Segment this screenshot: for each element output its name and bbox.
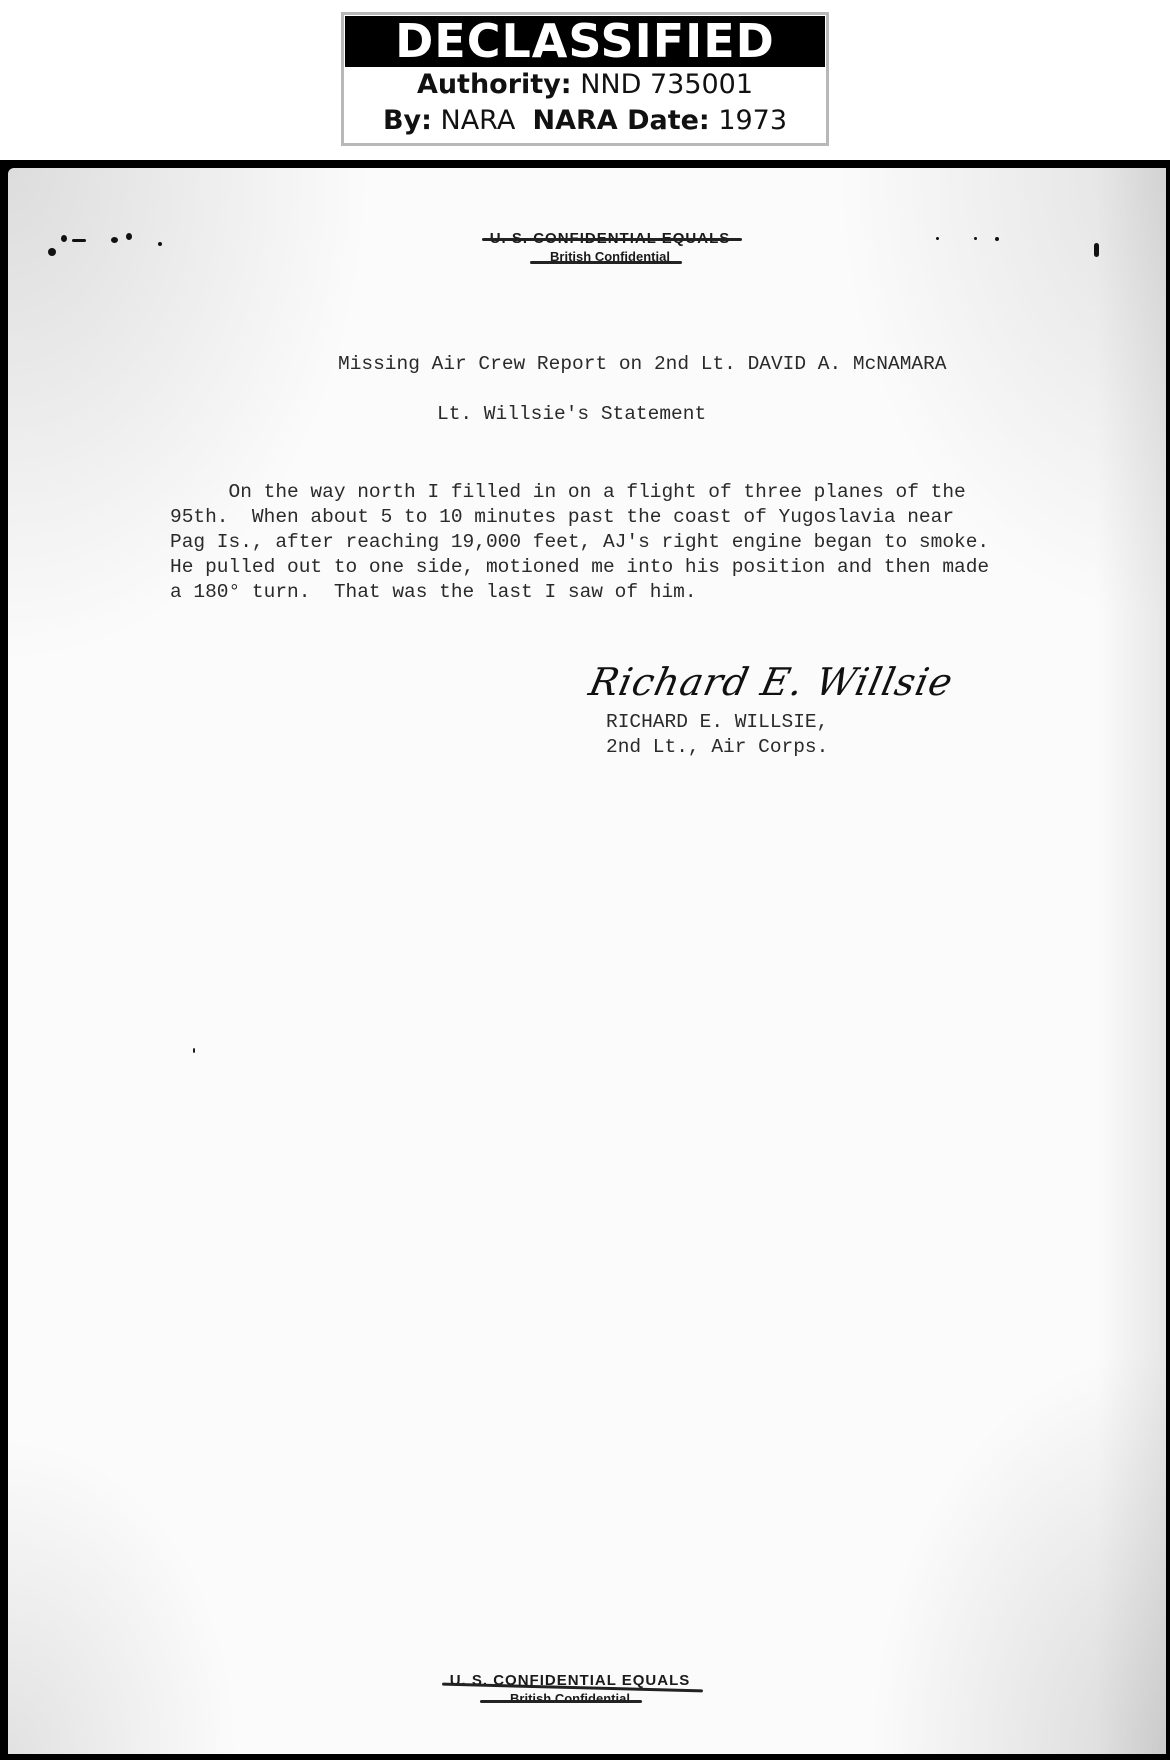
body-line: He pulled out to one side, motioned me i… bbox=[170, 555, 989, 581]
stamp-authority: Authority: NND 735001 bbox=[344, 67, 826, 103]
scan-speck bbox=[936, 237, 939, 240]
scan-speck bbox=[111, 237, 118, 243]
handwritten-signature: Richard E. Willsie bbox=[585, 660, 957, 704]
by-label: By: bbox=[383, 105, 432, 136]
body-line: 95th. When about 5 to 10 minutes past th… bbox=[170, 505, 954, 531]
scan-speck bbox=[72, 239, 86, 242]
body-line: Pag Is., after reaching 19,000 feet, AJ'… bbox=[170, 530, 989, 556]
date-value: 1973 bbox=[718, 105, 787, 136]
scan-speck bbox=[61, 235, 67, 242]
footer-classification: U. S. CONFIDENTIAL EQUALS British Confid… bbox=[410, 1672, 730, 1708]
scan-speck bbox=[974, 237, 977, 240]
document-subtitle: Lt. Willsie's Statement bbox=[437, 402, 706, 428]
authority-label: Authority: bbox=[417, 69, 572, 100]
signer-rank: 2nd Lt., Air Corps. bbox=[606, 735, 828, 761]
scan-speck bbox=[158, 242, 162, 246]
strike-through-mark bbox=[480, 1700, 642, 1703]
strike-through-mark bbox=[530, 261, 682, 264]
stamp-by-date: By: NARA NARA Date: 1973 bbox=[344, 103, 826, 139]
header-classification: U. S. CONFIDENTIAL EQUALS British Confid… bbox=[440, 230, 780, 266]
strike-through-mark bbox=[482, 238, 743, 241]
scan-speck bbox=[995, 237, 999, 241]
declassified-stamp: DECLASSIFIED Authority: NND 735001 By: N… bbox=[341, 12, 829, 146]
by-value: NARA bbox=[441, 105, 516, 136]
scan-speck bbox=[1094, 243, 1099, 257]
scan-speck bbox=[48, 248, 56, 256]
document-title: Missing Air Crew Report on 2nd Lt. DAVID… bbox=[338, 352, 947, 378]
scan-speck bbox=[126, 233, 132, 240]
body-line: a 180° turn. That was the last I saw of … bbox=[170, 580, 697, 606]
header-classification-line2: British Confidential bbox=[550, 249, 670, 264]
stamp-heading: DECLASSIFIED bbox=[345, 16, 825, 67]
footer-classification-line1: U. S. CONFIDENTIAL EQUALS bbox=[450, 1672, 691, 1689]
scan-speck bbox=[193, 1048, 195, 1053]
body-line: On the way north I filled in on a flight… bbox=[170, 480, 966, 506]
scanned-page: U. S. CONFIDENTIAL EQUALS British Confid… bbox=[0, 160, 1170, 1760]
date-label: NARA Date: bbox=[533, 105, 710, 136]
footer-classification-line2: British Confidential bbox=[510, 1691, 630, 1706]
header-classification-line1: U. S. CONFIDENTIAL EQUALS bbox=[490, 230, 731, 247]
authority-value: NND 735001 bbox=[580, 69, 753, 100]
signer-name: RICHARD E. WILLSIE, bbox=[606, 710, 828, 736]
